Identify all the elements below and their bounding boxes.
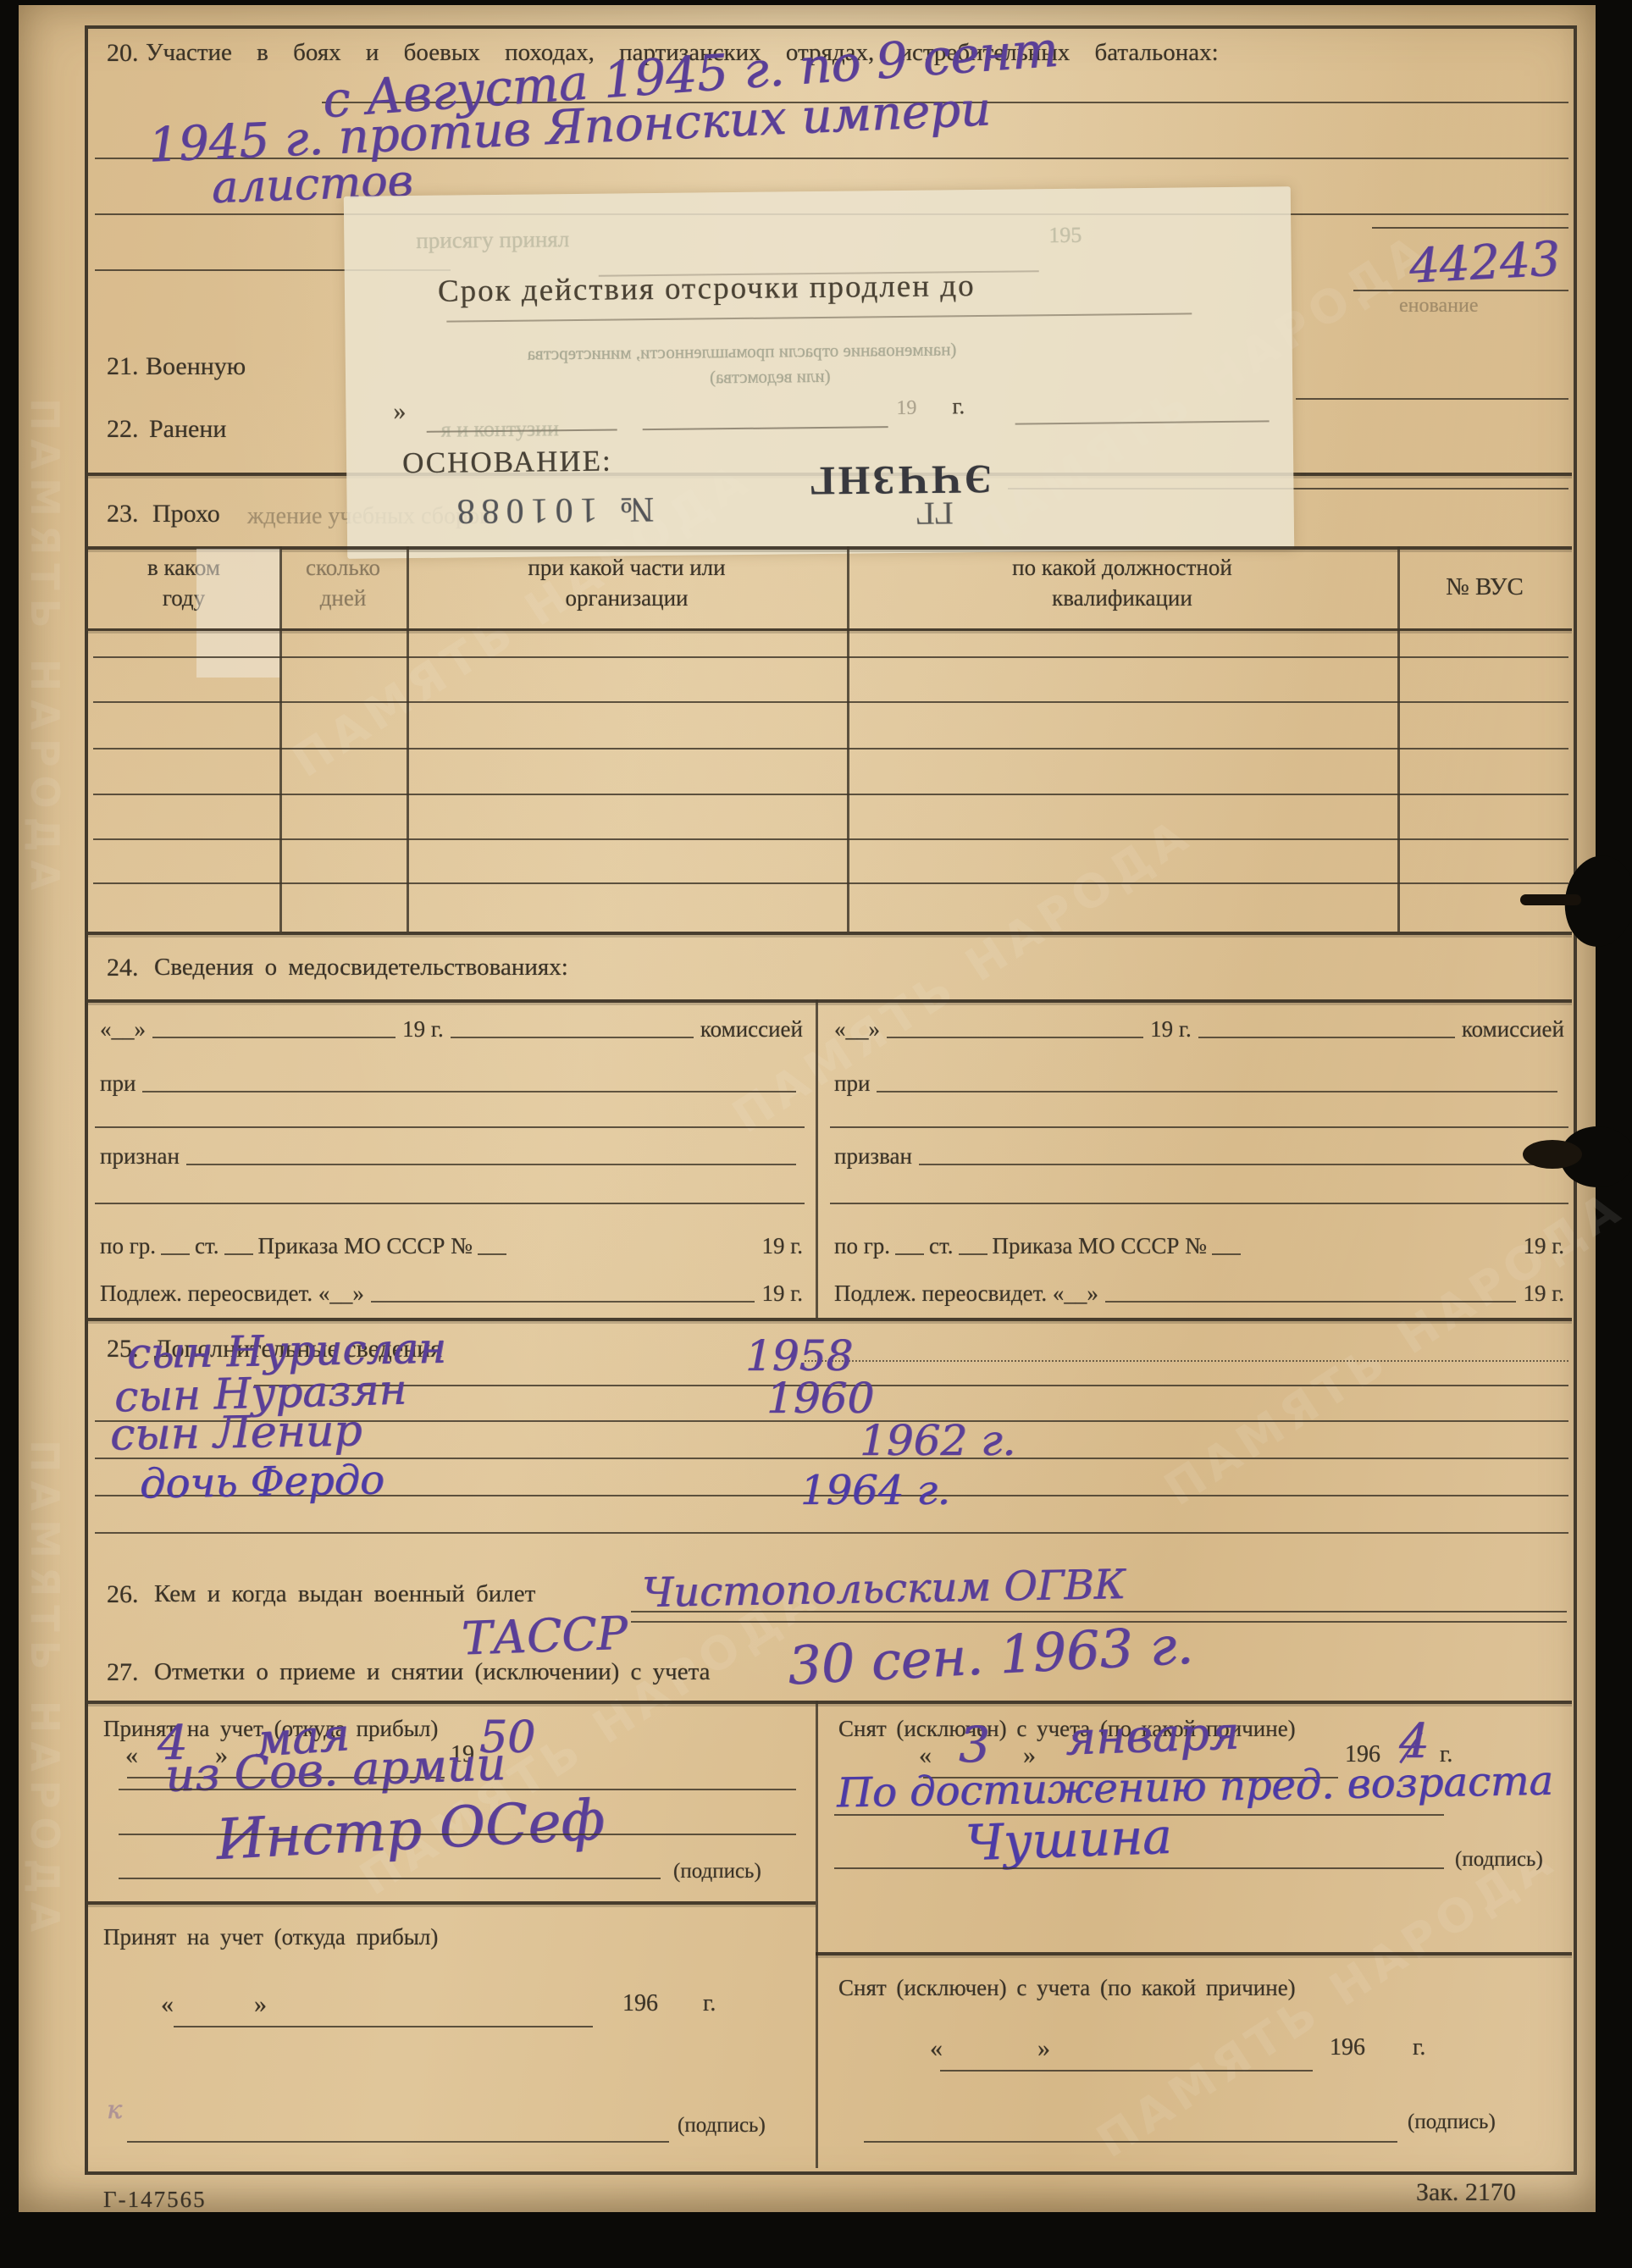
table-header-unit: при какой части или организации xyxy=(407,552,847,613)
prizvan-label: призван xyxy=(834,1143,912,1170)
ink-smudge xyxy=(1520,894,1581,905)
section26-label: Кем и когда выдан военный билет xyxy=(154,1580,535,1608)
podpis-label: (подпись) xyxy=(673,1860,761,1884)
commission-label: комиссией xyxy=(700,1016,803,1043)
quote-blank: «__» xyxy=(318,1281,364,1307)
prikaz-label: Приказа МО СССР № xyxy=(993,1233,1207,1259)
table-header-qualification-line1: по какой должностной xyxy=(847,552,1397,583)
handwriting-remove-signature: Чушина xyxy=(965,1807,1173,1872)
year-19: 19 xyxy=(761,1233,784,1259)
divider xyxy=(88,1318,1572,1321)
section27-number: 27. xyxy=(107,1658,139,1687)
rule xyxy=(119,1834,796,1835)
rule xyxy=(864,2141,1397,2143)
commission-label: комиссией xyxy=(1462,1016,1564,1043)
table-column-border xyxy=(279,546,282,932)
pogr-label: по гр. xyxy=(100,1233,156,1259)
handwriting-child3-year: 1962 г. xyxy=(860,1416,1015,1465)
ink-blot xyxy=(1523,1140,1582,1169)
section24-label: Сведения о медосвидетельствованиях: xyxy=(154,954,568,982)
blank-short xyxy=(1212,1253,1241,1255)
g-label: г. xyxy=(431,1016,444,1043)
handwriting-child4: дочь Фердо xyxy=(140,1456,385,1507)
quote-blank: «__» xyxy=(100,1016,146,1043)
section21-number: 21. xyxy=(107,352,139,381)
rule xyxy=(95,1126,805,1128)
rule xyxy=(119,1878,661,1879)
medical-right-pri-row: при xyxy=(834,1070,1564,1097)
pri-label: при xyxy=(100,1070,136,1097)
table-header-qualification-line2: квалификации xyxy=(847,583,1397,613)
blank-short xyxy=(161,1253,190,1255)
printed-year196: 196 xyxy=(622,1990,658,2017)
table-row-line xyxy=(93,701,1568,703)
medical-left-pri-row: при xyxy=(100,1070,803,1097)
st-label: ст. xyxy=(929,1233,954,1259)
podpis-label: (подпись) xyxy=(1455,1848,1543,1872)
table-row-line xyxy=(93,748,1568,750)
year-19: 19 xyxy=(402,1016,425,1043)
glued-deferment-slip: присягу принял 195 Срок действия отсрочк… xyxy=(344,186,1294,559)
podlezh-label: Подлеж. переосвидет. xyxy=(834,1281,1047,1307)
blank-line xyxy=(1198,1037,1455,1038)
printed-year196: 196 xyxy=(1330,2034,1365,2061)
blank-line xyxy=(919,1164,1557,1165)
table-header-days-line1: сколько xyxy=(279,552,407,583)
rule xyxy=(940,2070,1313,2072)
blank-short xyxy=(895,1253,924,1255)
form-code: Г-147565 xyxy=(103,2187,207,2213)
rule xyxy=(95,1203,805,1204)
handwriting-child4-year: 1964 г. xyxy=(800,1467,950,1514)
slip-year19: 19 xyxy=(896,397,916,420)
handwriting-child2-year: 1960 xyxy=(766,1374,874,1423)
bleedthrough-year: 195 xyxy=(1048,223,1082,248)
handwriting-child3: сын Ленир xyxy=(109,1405,362,1460)
medical-left-order-row: по гр.ст.Приказа МО СССР №19 г. xyxy=(100,1233,803,1259)
slip-quote-mark: » xyxy=(393,397,406,426)
year-19: 19 xyxy=(1150,1016,1173,1043)
medical-right-reexam-row: Подлеж. переосвидет. «__»19 г. xyxy=(834,1281,1564,1307)
handwriting-number-44243: 44243 xyxy=(1408,231,1561,294)
podlezh-label: Подлеж. переосвидет. xyxy=(100,1281,313,1307)
year-19: 19 xyxy=(761,1281,784,1307)
table-row-line xyxy=(93,656,1568,658)
watermark-text: ПАМЯТЬ НАРОДА xyxy=(22,398,68,899)
quote-open: « xyxy=(161,1990,174,2019)
accept-title-2: Принят на учет (откуда прибыл) xyxy=(103,1924,438,1950)
rule xyxy=(1015,420,1270,424)
rule xyxy=(127,2141,669,2143)
divider xyxy=(88,999,1572,1003)
section22-label: Ранени xyxy=(149,415,226,444)
table-column-border xyxy=(847,546,849,932)
watermark-text: ПАМЯТЬ НАРОДА xyxy=(22,1440,68,1940)
section27-label: Отметки о приеме и снятии (исключении) с… xyxy=(154,1658,711,1686)
blank-line xyxy=(887,1037,1143,1038)
blank-line xyxy=(451,1037,694,1038)
quote-open: « xyxy=(919,1741,932,1770)
g-label: г. xyxy=(790,1233,803,1259)
document-scan: ПАМЯТЬ НАРОДА ПАМЯТЬ НАРОДА ПАМЯТЬ НАРОД… xyxy=(0,0,1632,2268)
upside-down-stamp-bold: ЭЧЧЗНГ xyxy=(805,456,993,504)
divider xyxy=(816,1952,1572,1955)
pogr-label: по гр. xyxy=(834,1233,890,1259)
mirrored-bleedthrough-caption2: (или ведомства) xyxy=(710,366,831,388)
upside-down-stamp-number: № 101088 xyxy=(450,489,654,532)
divider xyxy=(88,1901,816,1905)
section26-number: 26. xyxy=(107,1580,139,1609)
rule xyxy=(174,2026,593,2027)
year-19: 19 xyxy=(1523,1233,1546,1259)
blank-line xyxy=(186,1164,796,1165)
table-header-bottom-border xyxy=(88,628,1572,631)
rule xyxy=(1372,227,1568,229)
mirrored-bleedthrough-caption1: (наименование отрасли промышленности, ми… xyxy=(528,339,957,364)
medical-right-order-row: по гр.ст.Приказа МО СССР №19 г. xyxy=(834,1233,1564,1259)
medical-right-date-row: «__»19 г.комиссией xyxy=(834,1016,1564,1043)
table-row-line xyxy=(93,838,1568,840)
g-label: г. xyxy=(703,1990,716,2017)
rule xyxy=(1296,398,1568,400)
registration-column-divider xyxy=(816,1701,818,2168)
upside-down-stamp-gg: ГГ xyxy=(916,494,954,531)
divider xyxy=(88,1701,1572,1704)
handwriting-remove-month: января xyxy=(1065,1706,1240,1765)
blank-line xyxy=(152,1037,396,1038)
blank-line xyxy=(877,1091,1557,1093)
handwriting-remove-day: 3 xyxy=(959,1716,990,1773)
blank-short xyxy=(959,1253,987,1255)
rule xyxy=(446,313,1192,322)
section22-number: 22. xyxy=(107,415,139,444)
rule xyxy=(254,1385,1568,1386)
handwriting-issued-by: Чистопольским ОГВК xyxy=(642,1561,1126,1617)
quote-open: « xyxy=(930,2034,943,2063)
st-label: ст. xyxy=(195,1233,219,1259)
bleedthrough-oath-text: присягу принял xyxy=(416,226,569,254)
blank-line xyxy=(371,1301,755,1303)
quote-open: « xyxy=(125,1741,138,1770)
rule xyxy=(830,1126,1568,1128)
table-bottom-border xyxy=(88,932,1572,935)
slip-osnovanie-label: ОСНОВАНИЕ: xyxy=(402,445,612,481)
pri-label: при xyxy=(834,1070,870,1097)
g-label: г. xyxy=(790,1281,803,1307)
section20-number: 20. xyxy=(107,39,139,68)
rule xyxy=(834,1867,1444,1869)
table-header-unit-line2: организации xyxy=(407,583,847,613)
g-label: г. xyxy=(1413,2034,1425,2061)
section23-number: 23. xyxy=(107,500,139,528)
rule xyxy=(643,426,888,430)
table-top-border xyxy=(88,546,1572,550)
table-row-line xyxy=(93,794,1568,795)
section24-number: 24. xyxy=(107,954,139,982)
quote-close: » xyxy=(1037,2034,1050,2063)
rule xyxy=(830,1203,1568,1204)
slip-title: Срок действия отсрочки продлен до xyxy=(438,268,976,310)
rule xyxy=(1353,290,1568,291)
medical-column-divider xyxy=(816,999,818,1318)
quote-close: » xyxy=(254,1990,267,2019)
priznan-label: признан xyxy=(100,1143,180,1170)
year-19: 19 xyxy=(1523,1281,1546,1307)
g-label: г. xyxy=(1552,1281,1564,1307)
handwriting-small-mark: к xyxy=(107,2095,122,2125)
g-label: г. xyxy=(1179,1016,1192,1043)
slip-g-label: г. xyxy=(952,393,965,419)
dotted-rule xyxy=(805,1360,1568,1362)
blank-line xyxy=(1105,1301,1517,1303)
whiteout-patch xyxy=(196,549,281,678)
print-order-number: Зак. 2170 xyxy=(1416,2178,1516,2207)
g-label: г. xyxy=(1552,1233,1564,1259)
medical-right-prizvan-row: призван xyxy=(834,1143,1564,1170)
quote-blank: «__» xyxy=(1053,1281,1098,1307)
rule xyxy=(119,1789,796,1790)
table-header-qualification: по какой должностной квалификации xyxy=(847,552,1397,613)
medical-left-reexam-row: Подлеж. переосвидет. «__»19 г. xyxy=(100,1281,803,1307)
caption-fragment: енование xyxy=(1399,295,1479,318)
podpis-label: (подпись) xyxy=(678,2114,766,2138)
blank-short xyxy=(224,1253,253,1255)
blank-short xyxy=(478,1253,506,1255)
table-header-unit-line1: при какой части или xyxy=(407,552,847,583)
medical-left-priznan-row: признан xyxy=(100,1143,803,1170)
quote-blank: «__» xyxy=(834,1016,880,1043)
medical-left-date-row: «__»19 г.комиссией xyxy=(100,1016,803,1043)
table-header-days-line2: дней xyxy=(279,583,407,613)
blank-line xyxy=(142,1091,796,1093)
rule xyxy=(95,1532,1568,1534)
table-column-border xyxy=(407,546,409,932)
table-row-line xyxy=(93,882,1568,884)
handwriting-tassr: ТАССР xyxy=(461,1607,628,1666)
table-header-vus: № ВУС xyxy=(1397,552,1572,622)
bleedthrough-kontuzii: я и контузии xyxy=(441,416,560,442)
prikaz-label: Приказа МО СССР № xyxy=(258,1233,473,1259)
table-header-days: сколько дней xyxy=(279,552,407,613)
remove-title-2: Снят (исключен) с учета (по какой причин… xyxy=(838,1975,1296,2001)
table-column-border xyxy=(1397,546,1400,932)
section21-label: Военную xyxy=(146,352,246,381)
podpis-label: (подпись) xyxy=(1408,2110,1496,2134)
section23-label: Прохо xyxy=(152,500,220,528)
